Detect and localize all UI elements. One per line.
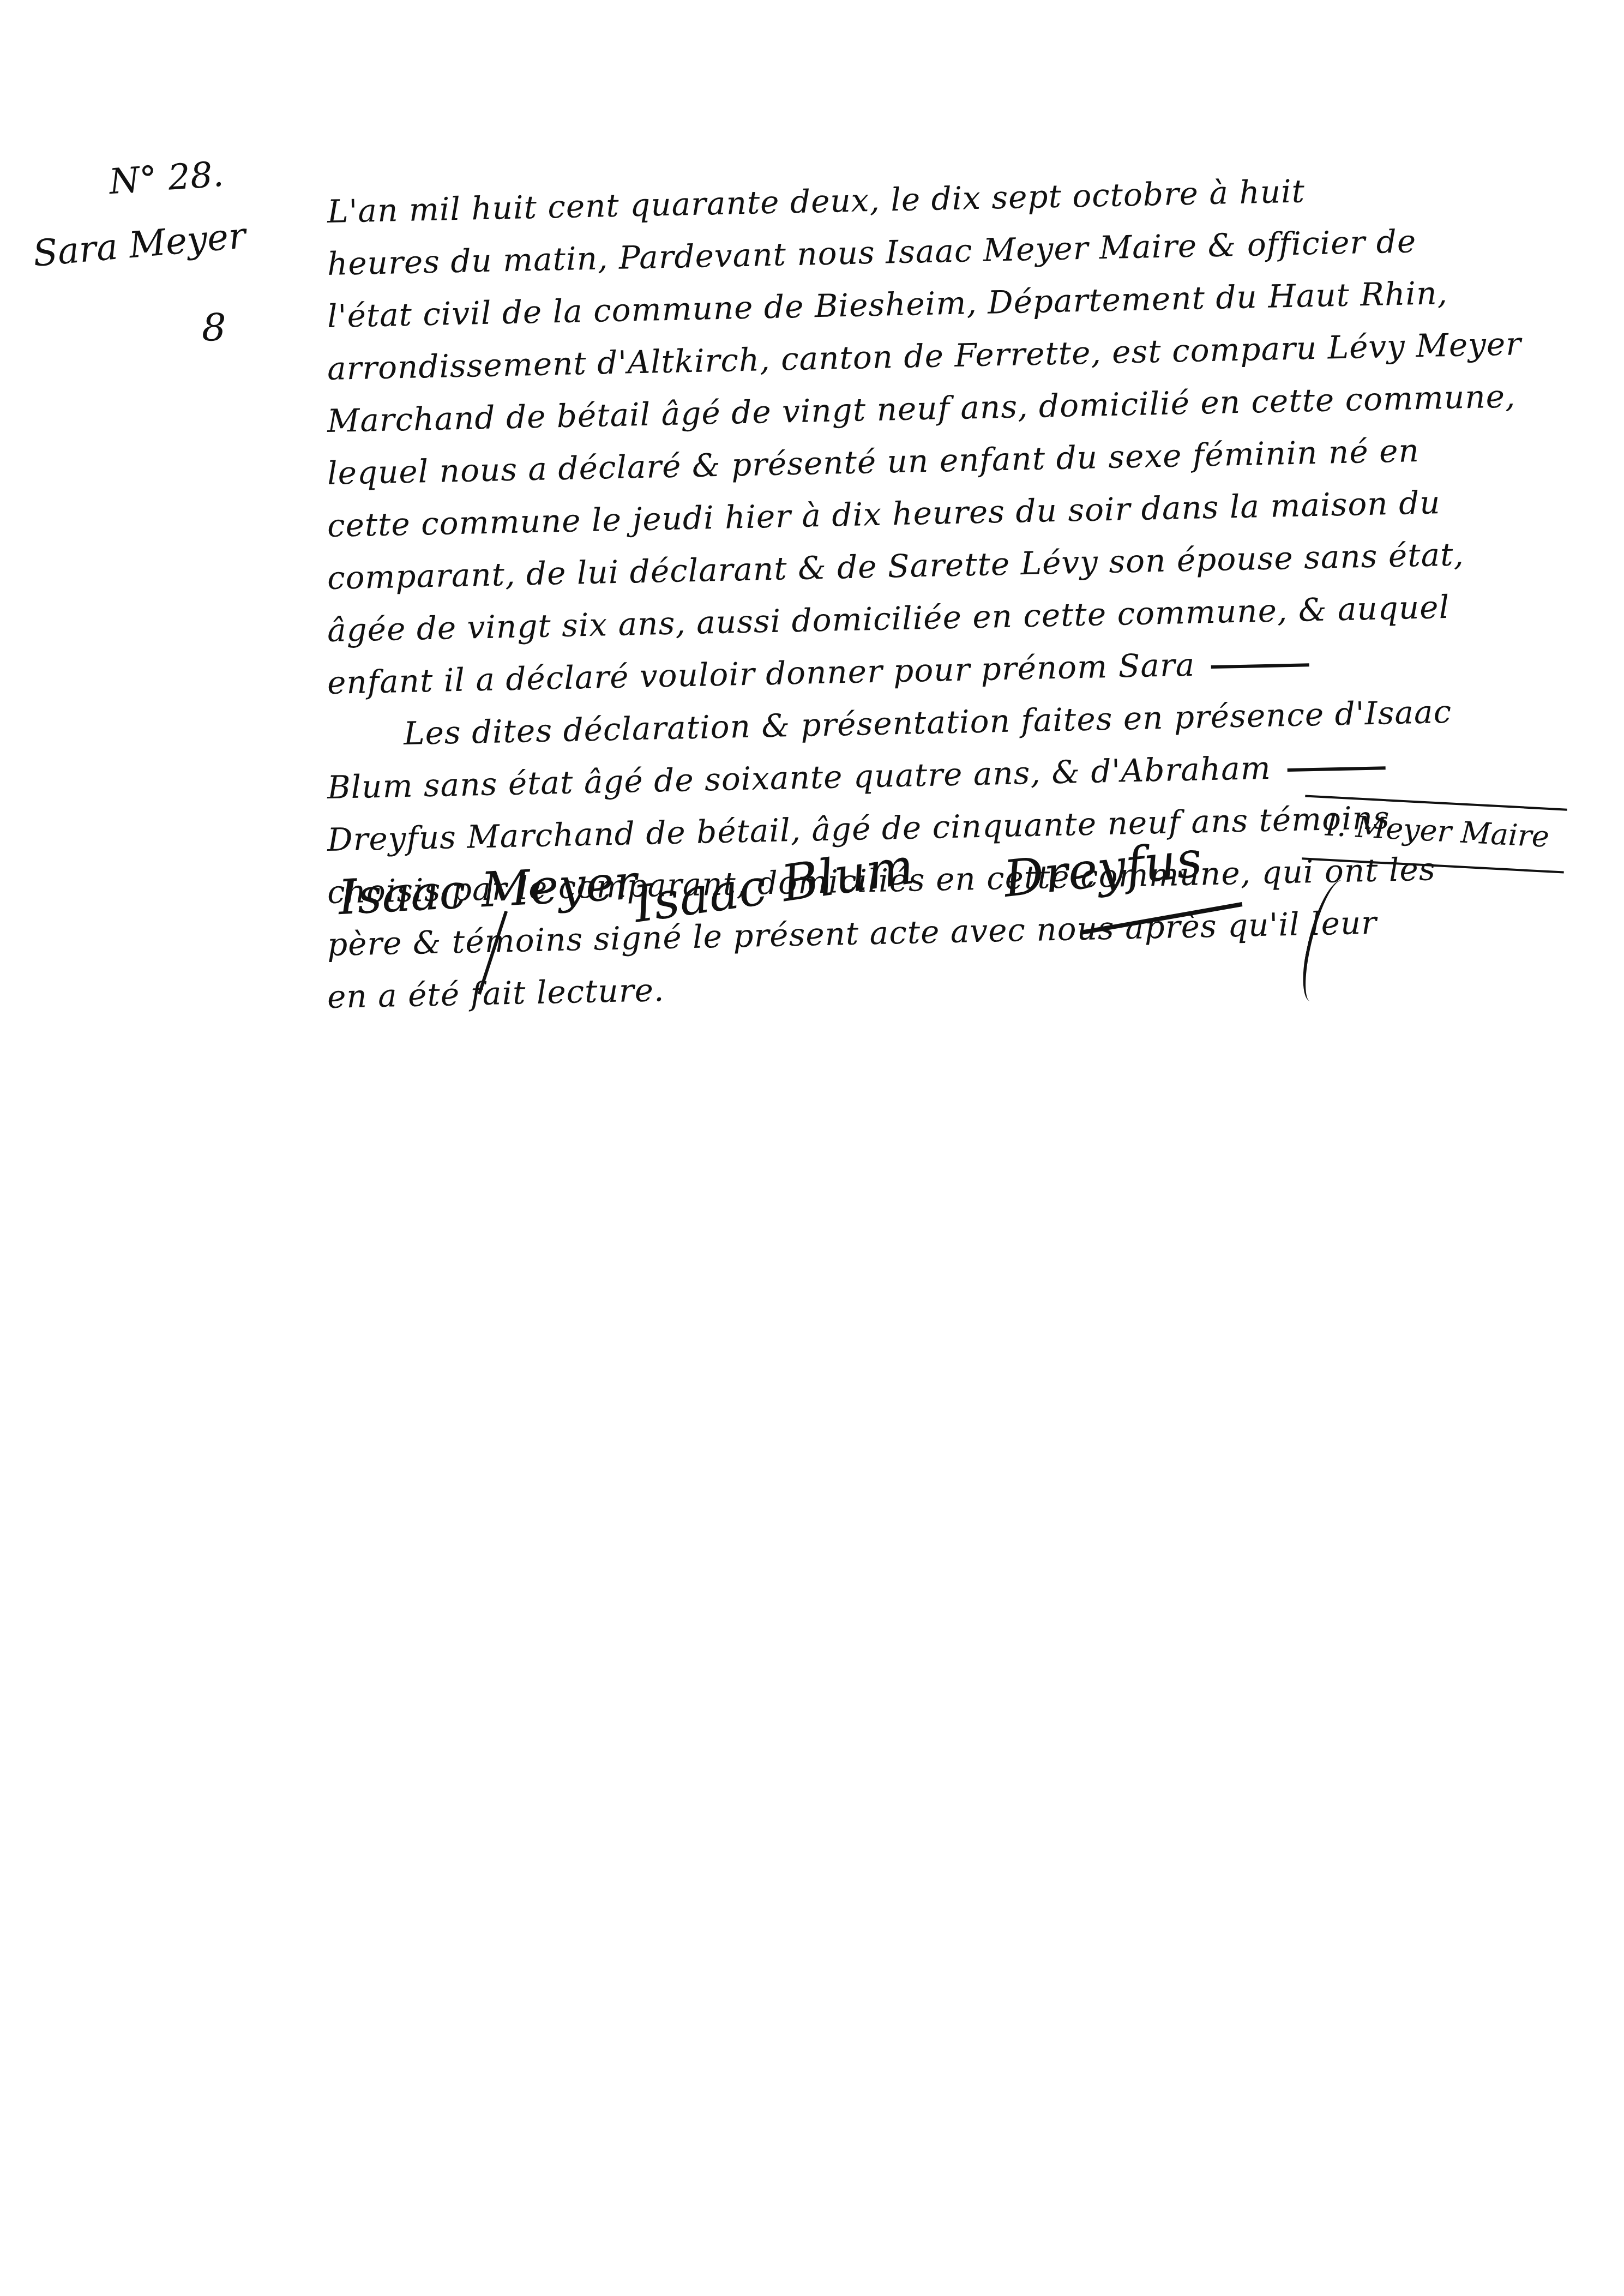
signature-witness-2: Dreyfus (1001, 830, 1205, 909)
line-filler-dash (1211, 663, 1309, 669)
document-page: N° 28. Sara Meyer 8 L'an mil huit cent q… (0, 0, 1624, 2296)
signature-flourish (478, 911, 518, 998)
signatures-block: Isaac Meyer Isaac Blum Dreyfus I. Meyer … (327, 840, 1598, 993)
subject-name: Sara Meyer (31, 214, 247, 275)
signature-witness-1: Isaac Blum (630, 837, 917, 934)
signature-paraph (1296, 876, 1357, 1006)
signature-underline (1081, 902, 1243, 935)
record-number: N° 28. (108, 154, 225, 202)
signature-mayor: I. Meyer Maire (1302, 795, 1567, 873)
margin-mark: 8 (202, 305, 226, 350)
line-filler-dash (1288, 766, 1386, 772)
signature-father: Isaac Meyer (337, 854, 639, 926)
